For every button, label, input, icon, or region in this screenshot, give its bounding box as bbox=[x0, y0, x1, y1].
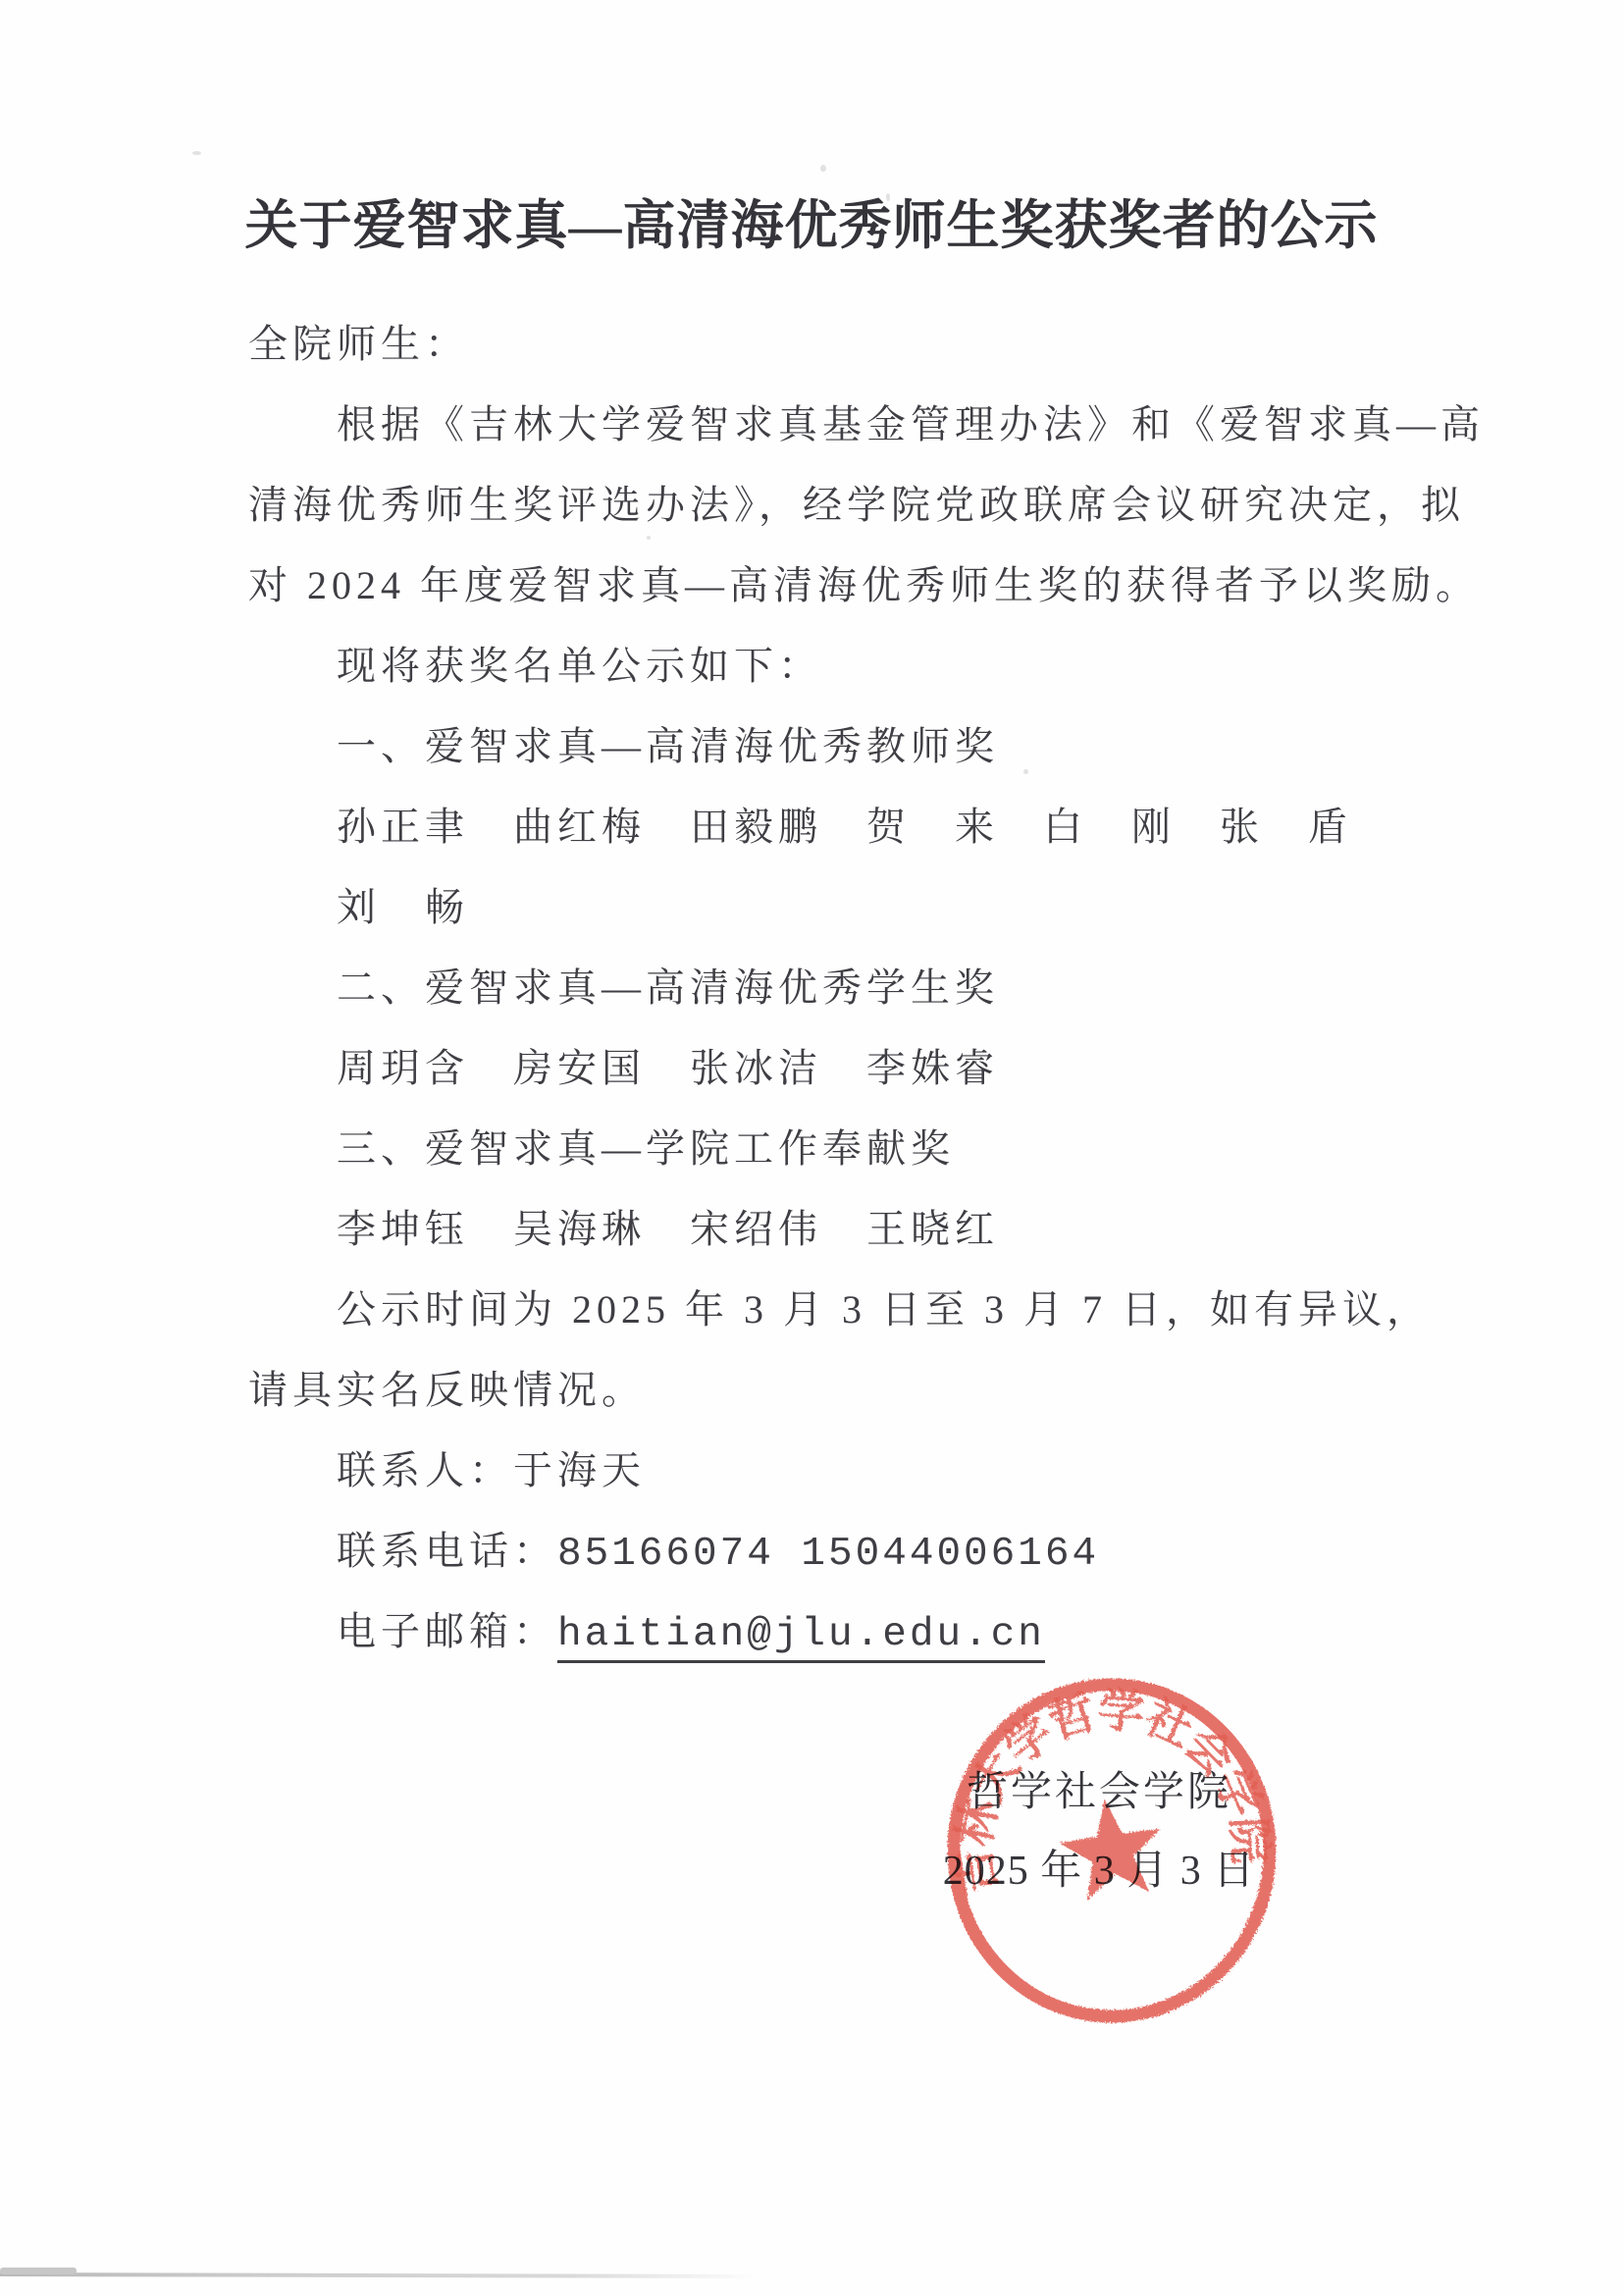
salutation-line: 全院师生： bbox=[248, 304, 1402, 385]
scan-artifact-edge-blob bbox=[0, 2268, 77, 2274]
body-line: 对 2024 年度爱智求真—高清海优秀师生奖的获得者予以奖励。 bbox=[248, 546, 1402, 626]
student-award-names: 周玥含 房安国 张冰洁 李姝睿 bbox=[248, 1028, 1402, 1109]
document-title: 关于爱智求真—高清海优秀师生奖获奖者的公示 bbox=[0, 188, 1623, 263]
body-line: 现将获奖名单公示如下： bbox=[248, 626, 1402, 706]
scan-artifact-speck bbox=[1023, 769, 1028, 774]
signature-block: 哲学社会学院 2025 年 3 月 3 日 bbox=[934, 1762, 1264, 1902]
body-line: 根据《吉林大学爱智求真基金管理办法》和《爱智求真—高 bbox=[248, 385, 1402, 465]
section-heading-service-award: 三、爱智求真—学院工作奉献奖 bbox=[248, 1109, 1402, 1189]
email-address: haitian@jlu.edu.cn bbox=[557, 1612, 1045, 1663]
scan-artifact-edge-line bbox=[0, 2272, 758, 2278]
signature-date: 2025 年 3 月 3 日 bbox=[934, 1841, 1264, 1902]
phone-label: 联系电话： bbox=[337, 1529, 557, 1573]
document-body: 全院师生： 根据《吉林大学爱智求真基金管理办法》和《爱智求真—高 清海优秀师生奖… bbox=[0, 304, 1623, 1672]
phone-numbers: 85166074 15044006164 bbox=[557, 1532, 1099, 1577]
signature-organization: 哲学社会学院 bbox=[934, 1762, 1264, 1823]
scan-artifact-speck bbox=[192, 151, 201, 155]
teacher-award-names-row-1: 孙正聿 曲红梅 田毅鹏 贺 来 白 刚 张 盾 bbox=[248, 787, 1402, 867]
scan-artifact-speck bbox=[820, 165, 826, 172]
section-heading-teacher-award: 一、爱智求真—高清海优秀教师奖 bbox=[248, 706, 1402, 787]
body-line: 清海优秀师生奖评选办法》，经学院党政联席会议研究决定，拟 bbox=[248, 465, 1402, 546]
contact-phone-line: 联系电话：85166074 15044006164 bbox=[248, 1511, 1402, 1592]
scan-artifact-speck bbox=[647, 536, 651, 540]
scan-artifact-speck bbox=[886, 193, 890, 201]
teacher-award-names-row-2: 刘 畅 bbox=[248, 867, 1402, 948]
body-line: 请具实名反映情况。 bbox=[248, 1350, 1402, 1431]
contact-person-line: 联系人：于海天 bbox=[248, 1431, 1402, 1511]
section-heading-student-award: 二、爱智求真—高清海优秀学生奖 bbox=[248, 948, 1402, 1028]
service-award-names: 李坤钰 吴海琳 宋绍伟 王晓红 bbox=[248, 1189, 1402, 1270]
scanned-document-page: 关于爱智求真—高清海优秀师生奖获奖者的公示 全院师生： 根据《吉林大学爱智求真基… bbox=[0, 0, 1623, 2296]
email-label: 电子邮箱： bbox=[337, 1609, 557, 1653]
body-line: 公示时间为 2025 年 3 月 3 日至 3 月 7 日，如有异议， bbox=[248, 1270, 1402, 1350]
contact-email-line: 电子邮箱：haitian@jlu.edu.cn bbox=[248, 1592, 1402, 1672]
